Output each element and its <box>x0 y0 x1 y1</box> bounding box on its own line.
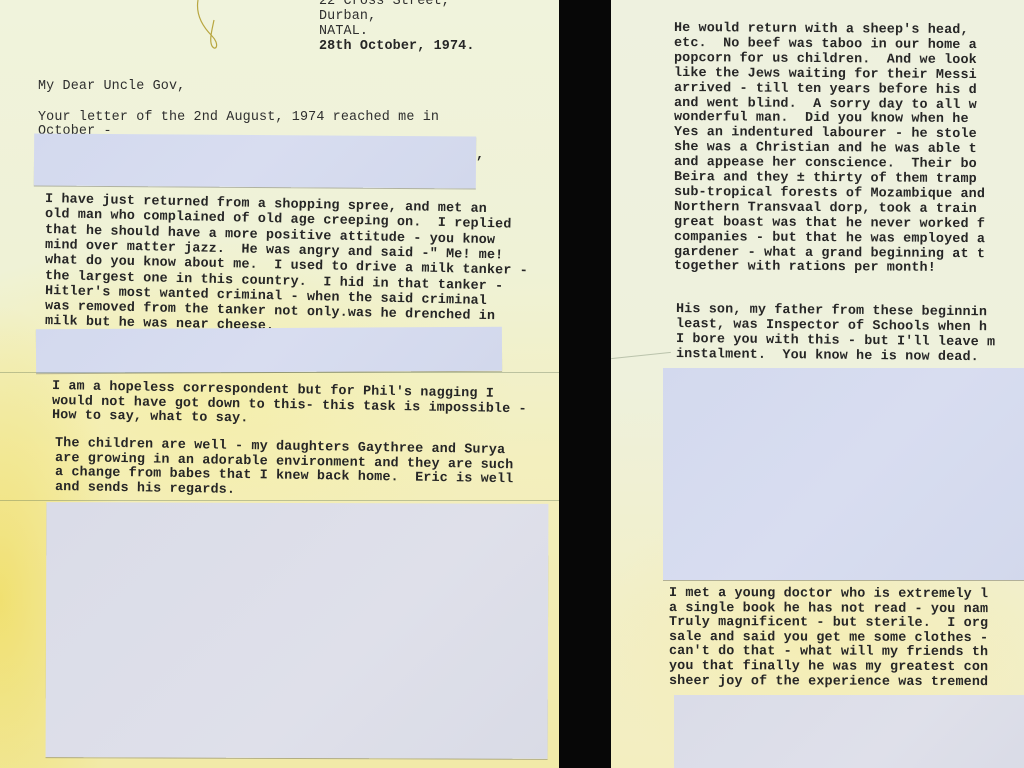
letter-page-right: He would return with a sheep's head,etc.… <box>611 0 1024 768</box>
fold-crease <box>0 500 559 501</box>
fold-crease <box>611 352 671 359</box>
address-line-2: Durban, <box>319 9 376 25</box>
redacted-block-2 <box>36 327 502 373</box>
redacted-block-1 <box>34 133 476 188</box>
address-line-3: NATAL. <box>319 24 368 40</box>
fold-crease <box>0 372 559 373</box>
right-p2-line-4: instalment. You know he is now dead. <box>676 347 979 366</box>
letter-date: 28th October, 1974. <box>319 39 475 55</box>
left-p1-trailing-comma: , <box>476 148 484 164</box>
redacted-block-3 <box>46 502 549 759</box>
redacted-block-4 <box>663 368 1024 580</box>
right-p1-line-17: together with rations per month! <box>674 259 936 277</box>
left-p4-line-4: and sends his regards. <box>55 480 235 499</box>
letter-page-left: 22 Cross Street, Durban, NATAL. 28th Oct… <box>0 0 559 768</box>
handwritten-mark-icon <box>190 0 230 60</box>
salutation: My Dear Uncle Gov, <box>38 79 185 95</box>
redacted-block-5 <box>674 695 1024 768</box>
right-p3-line-7: sheer joy of the experience was tremend <box>669 674 988 691</box>
left-p3-line-3: How to say, what to say. <box>52 408 249 427</box>
page-divider <box>559 0 611 768</box>
